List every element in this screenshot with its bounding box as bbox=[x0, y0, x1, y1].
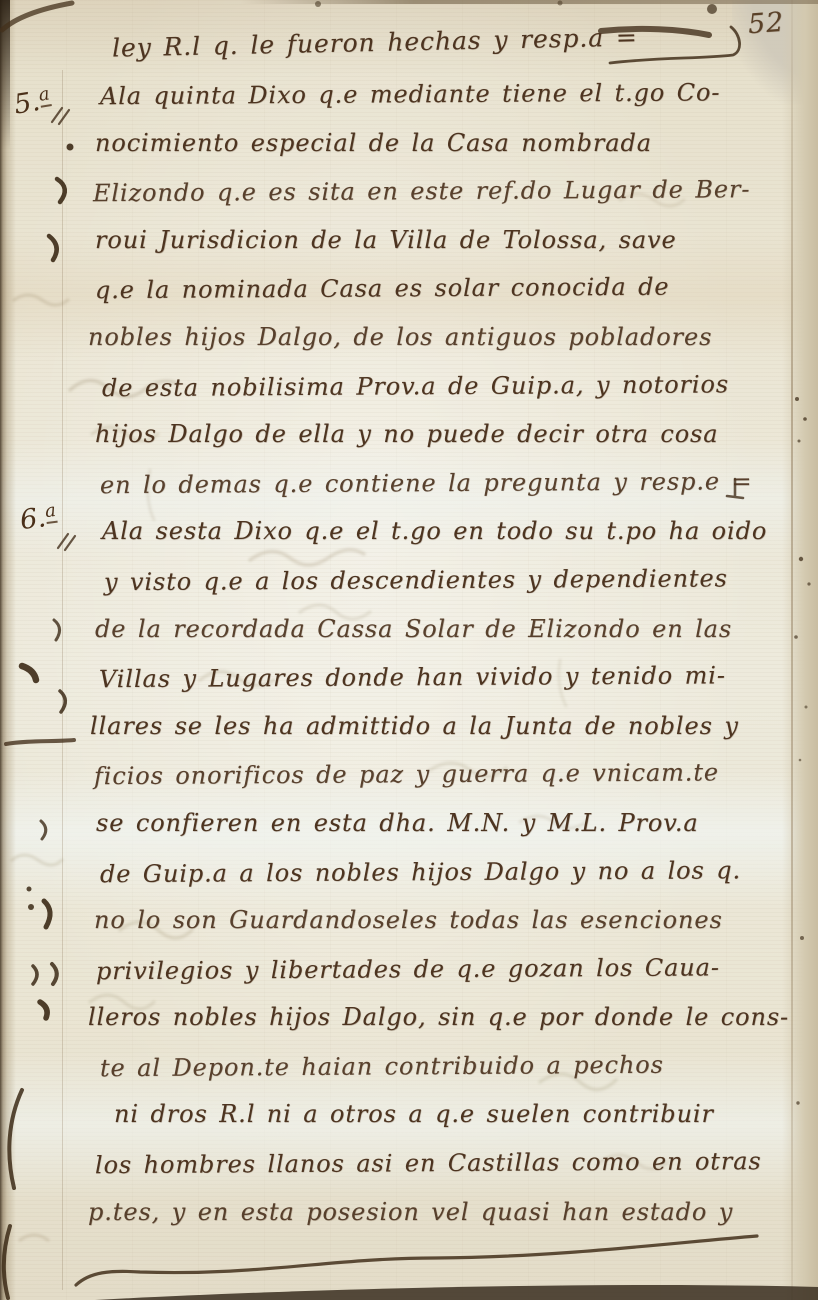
manuscript-line: no lo son Guardandoseles todas las esenc… bbox=[94, 906, 818, 955]
manuscript-line: y visto q.e a los descendientes y depend… bbox=[104, 564, 818, 617]
manuscript-line: los hombres llanos asi en Castillas como… bbox=[95, 1147, 818, 1200]
manuscript-line: en lo demas q.e contiene la pregunta y r… bbox=[100, 467, 818, 520]
folio-number: 52 bbox=[747, 7, 785, 40]
manuscript-line: p.tes, y en esta posesion vel quasi han … bbox=[88, 1198, 818, 1247]
manuscript-page: 52 ley R.l q. le fueron hechas y resp.a … bbox=[0, 0, 818, 1300]
manuscript-line: lleros nobles hijos Dalgo, sin q.e por d… bbox=[88, 1003, 818, 1052]
manuscript-line: se confieren en esta dha. M.N. y M.L. Pr… bbox=[96, 809, 818, 858]
manuscript-line: hijos Dalgo de ella y no puede decir otr… bbox=[95, 420, 818, 469]
manuscript-line: ficios onorificos de paz y guerra q.e vn… bbox=[94, 758, 818, 811]
manuscript-line: Elizondo q.e es sita en este ref.do Luga… bbox=[93, 175, 818, 228]
manuscript-line: te al Depon.te haian contribuido a pecho… bbox=[100, 1050, 818, 1103]
manuscript-line: llares se les ha admittido a la Junta de… bbox=[90, 712, 818, 761]
manuscript-line: Ala sesta Dixo q.e el t.go en todo su t.… bbox=[102, 517, 818, 566]
manuscript-line: roui Jurisdicion de la Villa de Tolossa,… bbox=[95, 226, 818, 275]
manuscript-line: Ala quinta Dixo q.e mediante tiene el t.… bbox=[100, 78, 818, 131]
manuscript-line: ni dros R.l ni a otros a q.e suelen cont… bbox=[114, 1100, 818, 1149]
manuscript-line: de la recordada Cassa Solar de Elizondo … bbox=[95, 615, 818, 664]
manuscript-body: Ala quinta Dixo q.e mediante tiene el t.… bbox=[0, 80, 818, 1246]
manuscript-line: nobles hijos Dalgo, de los antiguos pobl… bbox=[88, 323, 818, 372]
manuscript-line: Villas y Lugares donde han vivido y teni… bbox=[99, 661, 818, 714]
page-top-edge bbox=[240, 0, 818, 4]
manuscript-line: de Guip.a a los nobles hijos Dalgo y no … bbox=[100, 855, 818, 908]
manuscript-line: q.e la nominada Casa es solar conocida d… bbox=[95, 272, 818, 325]
manuscript-line: nocimiento especial de la Casa nombrada bbox=[95, 129, 818, 178]
manuscript-line: de esta nobilisima Prov.a de Guip.a, y n… bbox=[102, 369, 818, 422]
manuscript-line: privilegios y libertades de q.e gozan lo… bbox=[96, 952, 818, 1005]
